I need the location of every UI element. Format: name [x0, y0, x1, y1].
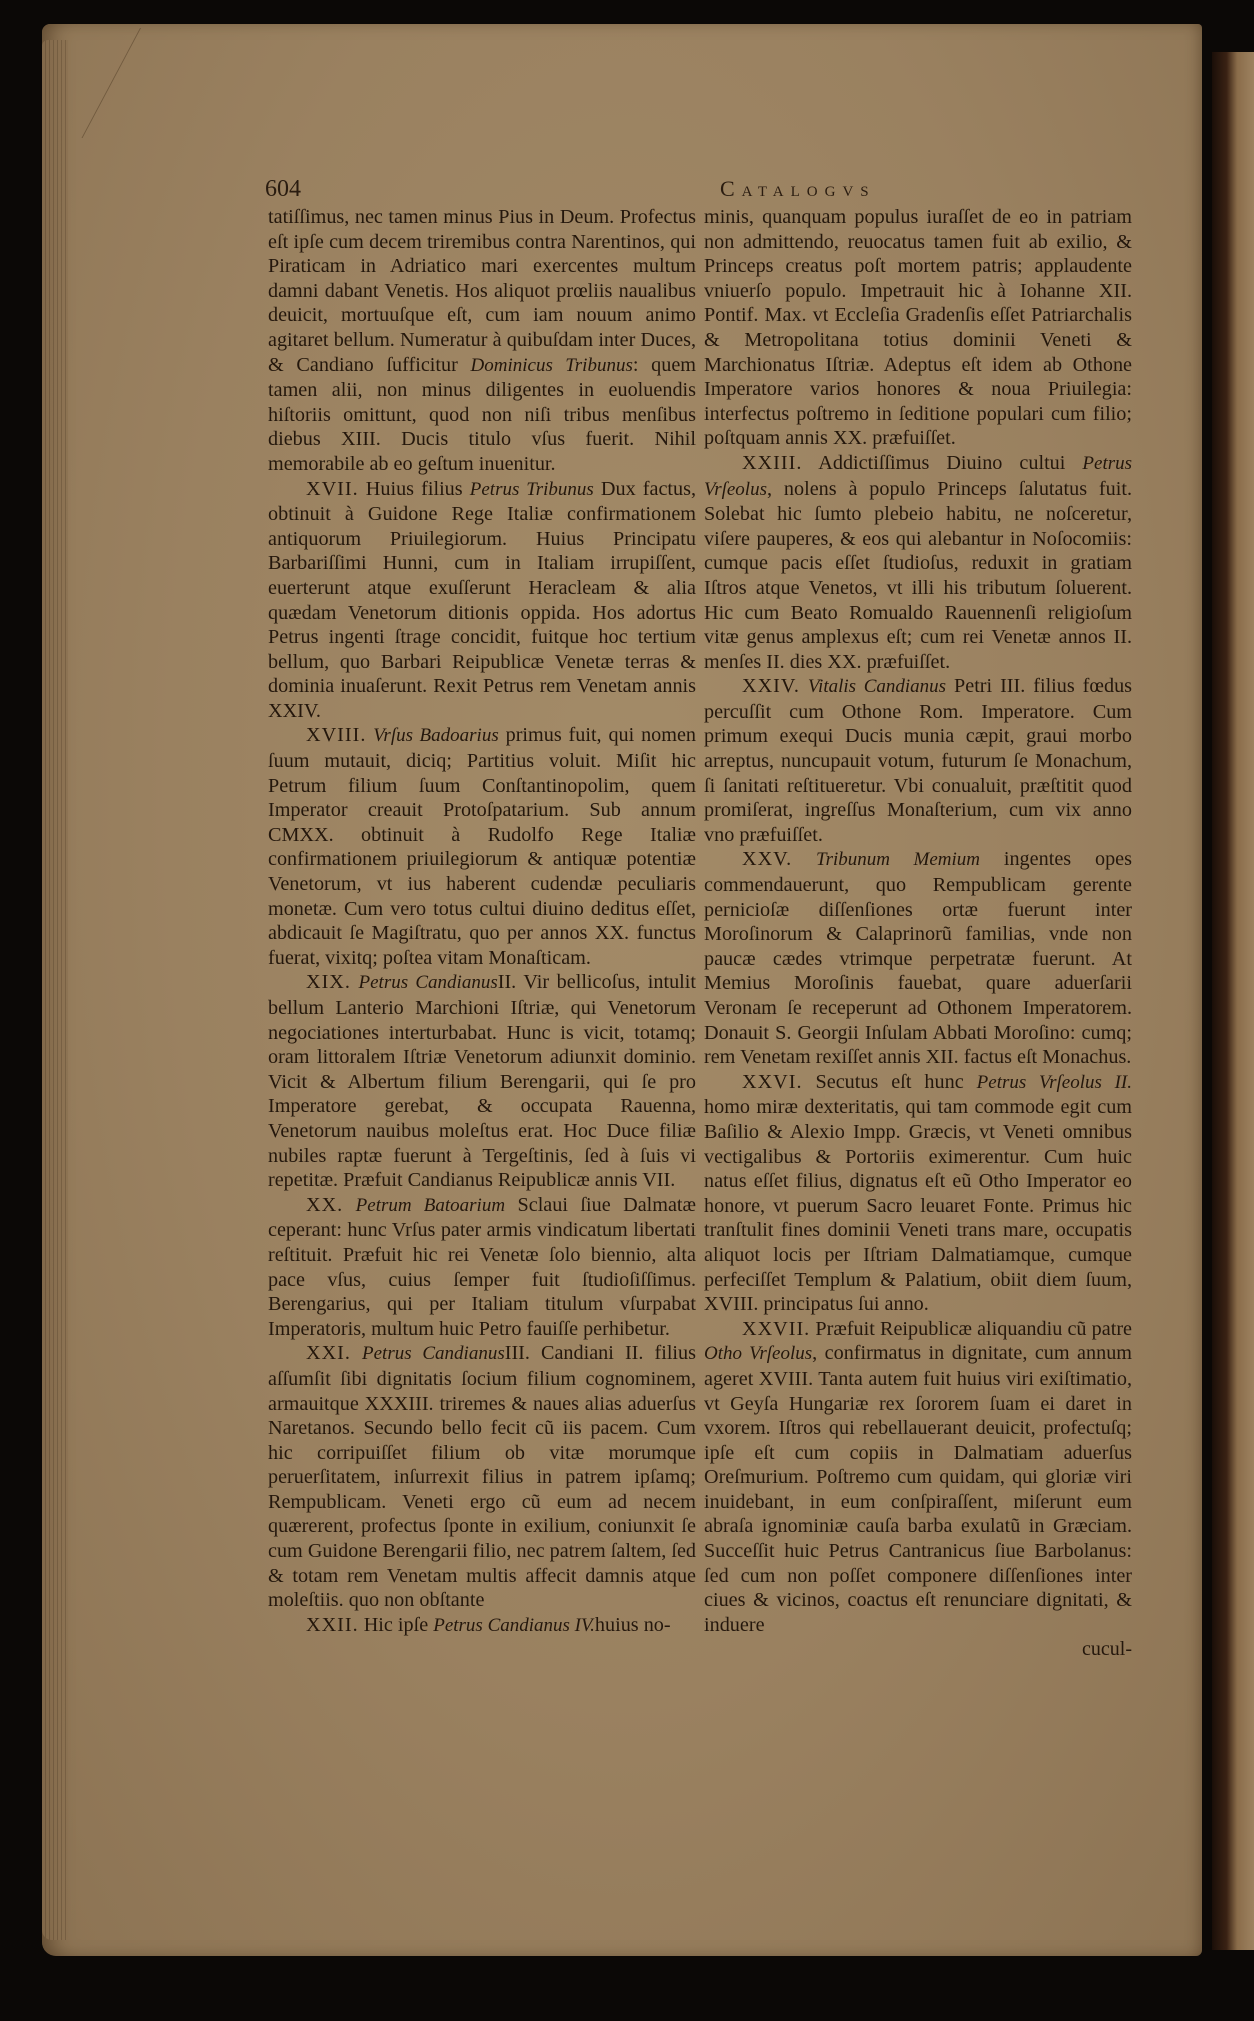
doge-name: Vitalis Candianus — [808, 676, 946, 697]
paragraph-continued: tatiſſimus, nec tamen minus Pius in Deum… — [268, 205, 696, 477]
paragraph-text: tatiſſimus, nec tamen minus Pius in Deum… — [268, 206, 696, 376]
paragraph-xxvi: XXVI. Secutus eſt hunc Petrus Vrſeolus I… — [704, 1070, 1132, 1317]
paragraph-xxii: XXII. Hic ipſe Petrus Candianus IV.huius… — [268, 1613, 696, 1639]
section-number: XVII. — [306, 478, 359, 500]
paragraph-text: Addictiſſimus Diuino cultui — [818, 452, 1065, 474]
doge-name: Petrus Candianus IV. — [433, 1615, 595, 1636]
paragraph-text: Hic ipſe — [364, 1614, 428, 1636]
section-number: XXII. — [306, 1614, 359, 1636]
section-number: XXV. — [742, 848, 792, 870]
doge-name: Tribunum Memium — [816, 849, 980, 870]
page-stack-edge — [42, 40, 68, 1940]
page-number: 604 — [265, 176, 301, 203]
doge-name: Petrus Candianus — [359, 972, 498, 993]
section-number: XXVI. — [742, 1071, 803, 1093]
doge-name: Vrſus Badoarius — [373, 725, 499, 746]
paragraph-xxi: XXI. Petrus CandianusIII. Candiani II. f… — [268, 1341, 696, 1613]
paragraph-text: Huius filius — [366, 478, 463, 500]
doge-name: Petrus Vrſeolus II. — [977, 1072, 1132, 1093]
paragraph-text: Petri III. filius fœdus percuſſit cum Ot… — [704, 675, 1132, 846]
right-column: minis, quanquam populus iuraſſet de eo i… — [704, 205, 1132, 1662]
paragraph-xxiii: XXIII. Addictiſſimus Diuino cultui Petru… — [704, 451, 1132, 674]
running-head: Catalogvs — [720, 176, 876, 202]
paragraph-text: minis, quanquam populus iuraſſet de eo i… — [704, 206, 1132, 449]
paragraph-continued: minis, quanquam populus iuraſſet de eo i… — [704, 205, 1132, 451]
adjacent-page-edge — [1212, 52, 1254, 1950]
paragraph-xxvii: XXVII. Præfuit Reipublicæ aliquandiu cũ … — [704, 1317, 1132, 1638]
paragraph-text: II. Vir bellicoſus, intulit bellum Lante… — [268, 971, 696, 1191]
paragraph-text: ingentes opes commendauerunt, quo Rempub… — [704, 848, 1132, 1068]
paragraph-text: Secutus eſt hunc — [816, 1071, 964, 1093]
paragraph-xx: XX. Petrum Batoarium Sclaui ſiue Dalmatæ… — [268, 1193, 696, 1342]
doge-name: Otho Vrſeolus — [704, 1343, 812, 1364]
paragraph-text: , confirmatus in dignitate, cum annum ag… — [704, 1342, 1132, 1636]
doge-name: Dominicus Tribunus — [471, 355, 633, 376]
section-number: XX. — [306, 1194, 343, 1216]
paragraph-xviii: XVIII. Vrſus Badoarius primus fuit, qui … — [268, 723, 696, 970]
doge-name: Petrum Batoarium — [356, 1195, 505, 1216]
section-number: XIX. — [306, 971, 351, 993]
paragraph-xix: XIX. Petrus CandianusII. Vir bellicoſus,… — [268, 970, 696, 1192]
paragraph-xxv: XXV. Tribunum Memium ingentes opes comme… — [704, 847, 1132, 1069]
section-number: XXIII. — [742, 452, 802, 474]
paragraph-xvii: XVII. Huius filius Petrus Tribunus Dux f… — [268, 477, 696, 724]
section-number: XXVII. — [742, 1318, 810, 1340]
paragraph-text: Dux factus, obtinuit à Guidone Rege Ital… — [268, 478, 696, 722]
section-number: XXI. — [306, 1342, 351, 1364]
page-header: 604 Catalogvs — [265, 176, 1195, 206]
doge-name: Petrus Tribunus — [470, 479, 594, 500]
left-column: tatiſſimus, nec tamen minus Pius in Deum… — [268, 205, 696, 1638]
section-number: XVIII. — [306, 724, 366, 746]
paragraph-text: Præfuit Reipublicæ aliquandiu cũ patre — [815, 1318, 1132, 1340]
section-number: XXIV. — [742, 675, 800, 697]
doge-name: Petrus Candianus — [362, 1343, 505, 1364]
paragraph-text: huius no- — [595, 1614, 671, 1636]
paragraph-text: homo miræ dexteritatis, qui tam commode … — [704, 1096, 1132, 1315]
paragraph-text: , nolens à populo Princeps ſalutatus fui… — [704, 478, 1132, 673]
paragraph-text: III. Candiani II. filius aſſumſit ſibi d… — [268, 1342, 696, 1611]
catchword: cucul- — [704, 1637, 1132, 1662]
paragraph-xxiv: XXIV. Vitalis Candianus Petri III. filiu… — [704, 674, 1132, 847]
paragraph-text: primus fuit, qui nomen ſuum mutauit, dic… — [268, 724, 696, 968]
